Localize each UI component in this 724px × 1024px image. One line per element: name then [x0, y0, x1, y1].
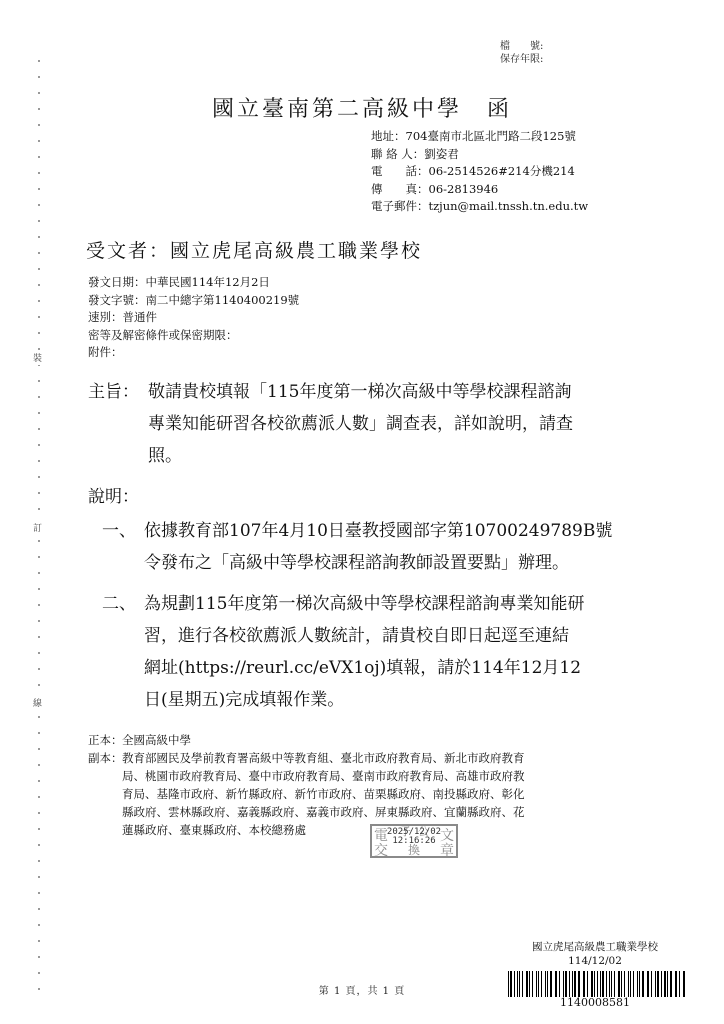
barcode-bar: [519, 971, 520, 997]
barcode-bar: [556, 971, 557, 997]
barcode-bar: [541, 971, 542, 997]
barcode-bar: [532, 971, 533, 997]
binding-mark-ding: 訂: [33, 520, 42, 535]
barcode-bar: [628, 971, 629, 997]
barcode-bar: [594, 971, 595, 997]
barcode-bar: [609, 971, 610, 997]
stamp-datetime: 2025/12/02 12:16:26: [384, 828, 444, 846]
recipient: 受文者：國立虎尾高級農工職業學校: [86, 236, 422, 263]
item-line: 令發布之「高級中等學校課程諮詢教師設置要點」辦理。: [144, 547, 640, 579]
speed: 速別：普通件: [88, 309, 299, 327]
receiving-school-block: 國立虎尾高級農工職業學校 114/12/02: [500, 940, 690, 968]
document-title: 國立臺南第二高級中學 函: [0, 92, 724, 123]
item-number: 一、: [102, 515, 136, 547]
barcode-bar: [618, 971, 620, 997]
barcode-bar: [508, 971, 509, 997]
barcode-bar: [563, 971, 565, 997]
item-line: 網址(https://reurl.cc/eVX1oj)填報，請於114年12月1…: [144, 652, 640, 684]
subject-body: 敬請貴校填報「115年度第一梯次高級中等學校課程諮詢 專業知能研習各校欲薦派人數…: [148, 376, 640, 472]
barcode-bar: [602, 971, 604, 997]
explanation-item-1: 一、 依據教育部107年4月10日臺教授國部字第10700249789B號 令發…: [102, 515, 662, 579]
barcode-bar: [550, 971, 552, 997]
barcode: [508, 971, 686, 997]
barcode-bar: [611, 971, 612, 997]
barcode-bar: [559, 971, 560, 997]
barcode-bar: [555, 971, 556, 997]
document-meta: 發文日期：中華民國114年12月2日 發文字號：南二中總字第1140400219…: [88, 274, 299, 362]
barcode-bar: [667, 971, 669, 997]
barcode-bar: [624, 971, 625, 997]
contact-block: 地址：704臺南市北區北門路二段125號 聯 絡 人：劉姿君 電 話：06-25…: [371, 128, 588, 216]
barcode-bar: [529, 971, 530, 997]
contact-person: 聯 絡 人：劉姿君: [371, 146, 588, 164]
barcode-bar: [569, 971, 570, 997]
item-body: 依據教育部107年4月10日臺教授國部字第10700249789B號 令發布之「…: [144, 515, 640, 579]
issue-date: 發文日期：中華民國114年12月2日: [88, 274, 299, 292]
barcode-bar: [606, 971, 607, 997]
barcode-bar: [614, 971, 616, 997]
explanation-label: 說明：: [88, 482, 139, 507]
file-info: 檔 號: 保存年限:: [500, 40, 543, 66]
subject-line: 照。: [148, 440, 640, 472]
barcode-bar: [621, 971, 622, 997]
barcode-bar: [517, 971, 518, 997]
barcode-bar: [639, 971, 640, 997]
attachment: 附件：: [88, 344, 299, 362]
barcode-bar: [514, 971, 515, 997]
barcode-bar: [583, 971, 584, 997]
retention-label: 保存年限:: [500, 53, 543, 66]
subject-line: 專業知能研習各校欲薦派人數」調查表，詳如說明，請查: [148, 408, 640, 440]
binding-mark-xian: 線: [33, 695, 42, 710]
barcode-bar: [679, 971, 680, 997]
phone: 電 話：06-2514526#214分機214: [371, 163, 588, 181]
distribution: 正本： 全國高級中學 副本： 教育部國民及學前教育署高級中等教育組、臺北市政府教…: [88, 731, 648, 839]
address: 地址：704臺南市北區北門路二段125號: [371, 128, 588, 146]
secrecy: 密等及解密條件或保密期限：: [88, 327, 299, 345]
original-body: 全國高級中學: [122, 731, 632, 749]
item-line: 依據教育部107年4月10日臺教授國部字第10700249789B號: [144, 515, 640, 547]
explanation-item-2: 二、 為規劃115年度第一梯次高級中等學校課程諮詢專業知能研 習，進行各校欲薦派…: [102, 588, 662, 718]
barcode-bar: [536, 971, 537, 997]
barcode-bar: [578, 971, 580, 997]
item-line: 日(星期五)完成填報作業。: [144, 684, 640, 716]
barcode-bar: [572, 971, 573, 997]
barcode-bar: [657, 971, 659, 997]
barcode-bar: [633, 971, 634, 997]
barcode-bar: [526, 971, 528, 997]
receiving-date: 114/12/02: [500, 954, 690, 968]
email: 電子郵件：tzjun@mail.tnssh.tn.edu.tw: [371, 198, 588, 216]
subject-line: 敬請貴校填報「115年度第一梯次高級中等學校課程諮詢: [148, 376, 640, 408]
exchange-stamp: 電 子 公 文 交 換 章 2025/12/02 12:16:26: [370, 824, 458, 858]
file-number-label: 檔 號:: [500, 40, 543, 53]
fax: 傳 真：06-2813946: [371, 181, 588, 199]
barcode-bar: [647, 971, 648, 997]
barcode-bar: [675, 971, 676, 997]
barcode-bar: [574, 971, 576, 997]
subject-label: 主旨：: [88, 376, 139, 408]
barcode-number: 1140008581: [500, 996, 690, 1009]
copy-line: 縣政府、雲林縣政府、嘉義縣政府、嘉義市政府、屏東縣政府、宜蘭縣政府、花: [122, 803, 632, 821]
barcode-bar: [597, 971, 598, 997]
item-number: 二、: [102, 588, 136, 620]
barcode-bar: [642, 971, 644, 997]
barcode-bar: [683, 971, 685, 997]
barcode-bar: [565, 971, 567, 997]
barcode-bar: [584, 971, 585, 997]
original-label: 正本：: [88, 731, 123, 749]
item-line: 習，進行各校欲薦派人數統計，請貴校自即日起逕至連結: [144, 620, 640, 652]
barcode-bar: [522, 971, 524, 997]
stamp-time: 12:16:26: [384, 837, 444, 846]
barcode-bar: [600, 971, 601, 997]
barcode-bar: [655, 971, 657, 997]
barcode-bar: [670, 971, 672, 997]
barcode-bar: [587, 971, 588, 997]
receiving-school: 國立虎尾高級農工職業學校: [500, 940, 690, 954]
barcode-bar: [648, 971, 649, 997]
binding-mark-zhuang: 裝: [33, 350, 42, 365]
copy-line: 局、桃園市政府教育局、臺中市政府教育局、臺南市政府教育局、高雄市政府教: [122, 767, 632, 785]
item-line: 為規劃115年度第一梯次高級中等學校課程諮詢專業知能研: [144, 588, 640, 620]
barcode-bar: [651, 971, 652, 997]
barcode-bar: [676, 971, 677, 997]
doc-number: 發文字號：南二中總字第1140400219號: [88, 292, 299, 310]
copy-line: 教育部國民及學前教育署高級中等教育組、臺北市政府教育局、新北市政府教育: [122, 749, 632, 767]
item-body: 為規劃115年度第一梯次高級中等學校課程諮詢專業知能研 習，進行各校欲薦派人數統…: [144, 588, 640, 716]
barcode-bar: [637, 971, 638, 997]
barcode-bar: [661, 971, 662, 997]
copy-recipients: 副本： 教育部國民及學前教育署高級中等教育組、臺北市政府教育局、新北市政府教育 …: [88, 749, 648, 839]
barcode-bar: [538, 971, 540, 997]
copy-line: 育局、基隆市政府、新竹縣政府、新竹市政府、苗栗縣政府、南投縣政府、彰化: [122, 785, 632, 803]
barcode-bar: [510, 971, 512, 997]
barcode-bar: [545, 971, 546, 997]
barcode-bar: [630, 971, 632, 997]
barcode-bar: [547, 971, 548, 997]
barcode-bar: [591, 971, 593, 997]
original-recipients: 正本： 全國高級中學: [88, 731, 648, 749]
barcode-bar: [664, 971, 665, 997]
copy-label: 副本：: [88, 749, 123, 767]
